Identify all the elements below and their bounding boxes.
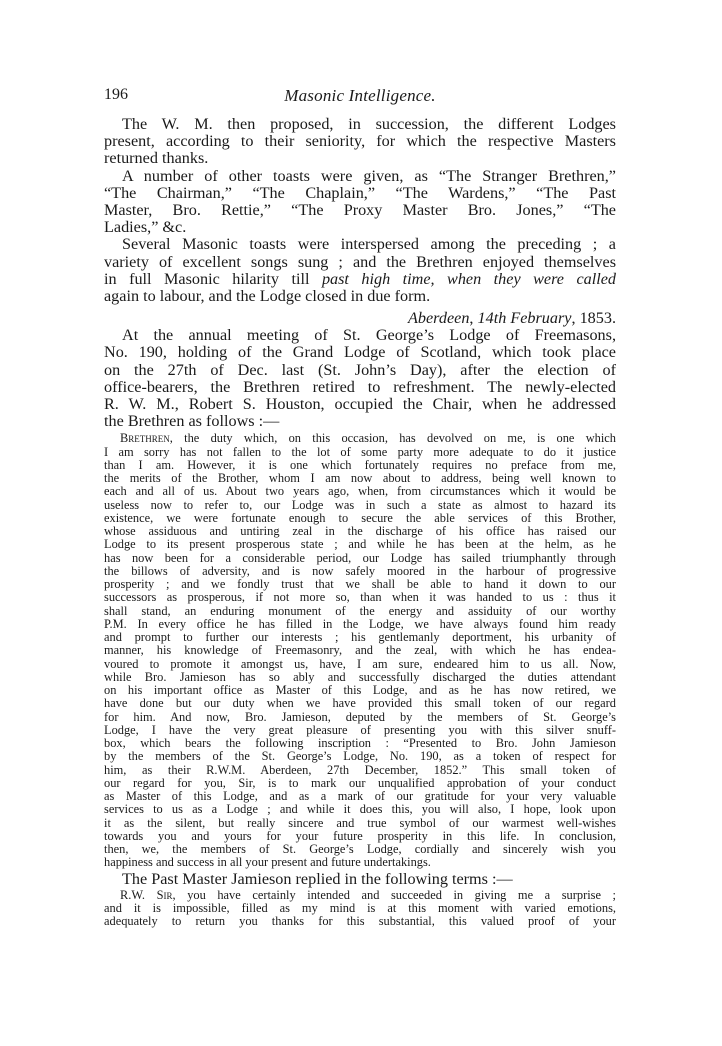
line-text: prosperity ; and we fondly trust that we… xyxy=(104,577,616,591)
speech-line: by the members of the St. George’s Lodge… xyxy=(104,750,616,763)
dateline-separator: , xyxy=(571,309,579,327)
line-text: At the annual meeting of St. George’s Lo… xyxy=(122,326,616,344)
line-text: No. 190, holding of the Grand Lodge of S… xyxy=(104,343,616,361)
line-text: manner, his knowledge of Freemasonry, an… xyxy=(104,643,616,657)
dateline: Aberdeen, 14th February, 1853. xyxy=(104,310,616,327)
line-text: Lodge to its present prosperous state ; … xyxy=(104,537,616,551)
dateline-separator: , xyxy=(469,309,477,327)
line-text: services to us as a Lodge ; and while it… xyxy=(104,802,616,816)
line-text: variety of excellent songs sung ; and th… xyxy=(104,253,616,271)
speech-line: useless now to refer to, our Lodge was i… xyxy=(104,499,616,512)
paragraph-line: office-bearers, the Brethren retired to … xyxy=(104,379,616,396)
line-text: The W. M. then proposed, in succession, … xyxy=(122,115,616,133)
line-text: Lodge, I have the very great pleasure of… xyxy=(104,723,616,737)
reply-line: and it is impossible, filled as my mind … xyxy=(104,902,616,915)
reply-intro: The Past Master Jamieson replied in the … xyxy=(122,871,616,888)
document-page: 196 Masonic Intelligence. The W. M. then… xyxy=(0,0,722,1046)
line-text: while Bro. Jamieson has so ably and succ… xyxy=(104,670,616,684)
speech-line: voured to promote it amongst us, have, I… xyxy=(104,658,616,671)
paragraph-line: Several Masonic toasts were interspersed… xyxy=(122,236,616,253)
page-header: 196 Masonic Intelligence. xyxy=(104,86,616,108)
speech-line: I am sorry has not fallen to the lot of … xyxy=(104,446,616,459)
line-text: and it is impossible, filled as my mind … xyxy=(104,901,616,915)
line-text: on the 27th of Dec. last (St. John’s Day… xyxy=(104,361,616,379)
line-text: again to labour, and the Lodge closed in… xyxy=(104,287,430,305)
speech-line: each and all of us. About two years ago,… xyxy=(104,485,616,498)
small-caps-salutation: Sir xyxy=(157,888,173,902)
speech-line: services to us as a Lodge ; and while it… xyxy=(104,803,616,816)
line-text: voured to promote it amongst us, have, I… xyxy=(104,657,616,671)
speech-line: as Master of this Lodge, and as a mark o… xyxy=(104,790,616,803)
speech-line: Lodge, I have the very great pleasure of… xyxy=(104,724,616,737)
line-text: then, we, the members of St. George’s Lo… xyxy=(104,842,616,856)
paragraph-line: variety of excellent songs sung ; and th… xyxy=(104,254,616,271)
speech-line: successors as prosperous, if not more so… xyxy=(104,591,616,604)
dateline-day: 14th xyxy=(478,309,507,327)
line-text: have done but our duty when we have prov… xyxy=(104,696,616,710)
paragraph-line: “The Chairman,” “The Chaplain,” “The War… xyxy=(104,185,616,202)
line-text: Ladies,” &c. xyxy=(104,218,186,236)
speech-line: our regard for you, Sir, is to mark our … xyxy=(104,777,616,790)
line-text: as Master of this Lodge, and as a mark o… xyxy=(104,789,616,803)
line-text: shall stand, an enduring monument of the… xyxy=(104,604,616,618)
line-text: happiness and success in all your presen… xyxy=(104,855,431,869)
speech-line: P.M. In every office he has filled in th… xyxy=(104,618,616,631)
speech-line: existence, we were fortunate enough to s… xyxy=(104,512,616,525)
paragraph-line: returned thanks. xyxy=(104,150,616,167)
speech-line: have done but our duty when we have prov… xyxy=(104,697,616,710)
line-text: “The Chairman,” “The Chaplain,” “The War… xyxy=(104,184,616,202)
paragraph-line: At the annual meeting of St. George’s Lo… xyxy=(122,327,616,344)
line-text: , you have certainly intended and succee… xyxy=(173,888,616,902)
speech-line: the merits of the Brother, whom I am now… xyxy=(104,472,616,485)
line-text: present, according to their seniority, f… xyxy=(104,132,616,150)
line-text: than I am. However, it is one which fort… xyxy=(104,458,616,472)
running-title: Masonic Intelligence. xyxy=(104,86,616,106)
line-text: P.M. In every office he has filled in th… xyxy=(104,617,616,631)
line-text: by the members of the St. George’s Lodge… xyxy=(104,749,616,763)
speech-line: on his important office as Master of thi… xyxy=(104,684,616,697)
small-caps-salutation: Brethren xyxy=(120,431,170,445)
speech-line: manner, his knowledge of Freemasonry, an… xyxy=(104,644,616,657)
speech-lead-text: R.W. xyxy=(120,888,157,902)
line-text: useless now to refer to, our Lodge was i… xyxy=(104,498,616,512)
dateline-place: Aberdeen xyxy=(408,309,469,327)
paragraph-line: A number of other toasts were given, as … xyxy=(122,168,616,185)
italic-phrase: past high time, when they were called xyxy=(322,270,616,288)
line-text: the merits of the Brother, whom I am now… xyxy=(104,471,616,485)
line-text: , the duty which, on this occasion, has … xyxy=(170,431,616,445)
line-text: whose assiduous and untiring zeal in the… xyxy=(104,524,616,538)
speech-line: whose assiduous and untiring zeal in the… xyxy=(104,525,616,538)
paragraph-line: R. W. M., Robert S. Houston, occupied th… xyxy=(104,396,616,413)
paragraph-line: Ladies,” &c. xyxy=(104,219,616,236)
paragraph-line: The W. M. then proposed, in succession, … xyxy=(122,116,616,133)
paragraph-line: the Brethren as follows :— xyxy=(104,413,616,430)
speech-line: than I am. However, it is one which fort… xyxy=(104,459,616,472)
dateline-month: February xyxy=(510,309,571,327)
line-text: office-bearers, the Brethren retired to … xyxy=(104,378,616,396)
paragraph-line: on the 27th of Dec. last (St. John’s Day… xyxy=(104,362,616,379)
line-text: and prompt to further our interests ; hi… xyxy=(104,630,616,644)
paragraph-line: No. 190, holding of the Grand Lodge of S… xyxy=(104,344,616,361)
line-text: successors as prosperous, if not more so… xyxy=(104,590,616,604)
line-text: adequately to return you thanks for this… xyxy=(104,914,616,928)
paragraph-line: again to labour, and the Lodge closed in… xyxy=(104,288,616,305)
line-text: him, as their R.W.M. Aberdeen, 27th Dece… xyxy=(104,763,616,777)
speech-line: it as the silent, but really sincere and… xyxy=(104,817,616,830)
line-text: it as the silent, but really sincere and… xyxy=(104,816,616,830)
speech-line: Brethren, the duty which, on this occasi… xyxy=(120,432,616,445)
speech-line: and prompt to further our interests ; hi… xyxy=(104,631,616,644)
line-text: on his important office as Master of thi… xyxy=(104,683,616,697)
line-text: has now been for a considerable period, … xyxy=(104,551,616,565)
line-text: existence, we were fortunate enough to s… xyxy=(104,511,616,525)
line-text: each and all of us. About two years ago,… xyxy=(104,484,616,498)
line-text: our regard for you, Sir, is to mark our … xyxy=(104,776,616,790)
line-text: in full Masonic hilarity till past high … xyxy=(104,270,616,288)
speech-line: has now been for a considerable period, … xyxy=(104,552,616,565)
paragraph-line: in full Masonic hilarity till past high … xyxy=(104,271,616,288)
line-text: R. W. M., Robert S. Houston, occupied th… xyxy=(104,395,616,413)
line-text: I am sorry has not fallen to the lot of … xyxy=(104,445,616,459)
line-text: Master, Bro. Rettie,” “The Proxy Master … xyxy=(104,201,616,219)
reply-line: adequately to return you thanks for this… xyxy=(104,915,616,928)
line-text: the Brethren as follows :— xyxy=(104,412,279,430)
line-text: for him. And now, Bro. Jamieson, deputed… xyxy=(104,710,616,724)
speech-line: happiness and success in all your presen… xyxy=(104,856,616,869)
speech-line: him, as their R.W.M. Aberdeen, 27th Dece… xyxy=(104,764,616,777)
dateline-year: 1853. xyxy=(580,309,616,327)
speech-line: the billows of adversity, and is now saf… xyxy=(104,565,616,578)
speech-line: towards you and yours for your future pr… xyxy=(104,830,616,843)
speech-line: for him. And now, Bro. Jamieson, deputed… xyxy=(104,711,616,724)
line-text: the billows of adversity, and is now saf… xyxy=(104,564,616,578)
speech-line: shall stand, an enduring monument of the… xyxy=(104,605,616,618)
speech-line: Lodge to its present prosperous state ; … xyxy=(104,538,616,551)
speech-line: then, we, the members of St. George’s Lo… xyxy=(104,843,616,856)
speech-line: box, which bears the following inscripti… xyxy=(104,737,616,750)
speech-line: prosperity ; and we fondly trust that we… xyxy=(104,578,616,591)
line-text: Several Masonic toasts were interspersed… xyxy=(122,235,616,253)
line-text: towards you and yours for your future pr… xyxy=(104,829,616,843)
reply-line: R.W. Sir, you have certainly intended an… xyxy=(120,889,616,902)
speech-line: while Bro. Jamieson has so ably and succ… xyxy=(104,671,616,684)
line-text: A number of other toasts were given, as … xyxy=(122,167,616,185)
line-text: box, which bears the following inscripti… xyxy=(104,736,616,750)
paragraph-line: present, according to their seniority, f… xyxy=(104,133,616,150)
line-text: returned thanks. xyxy=(104,149,208,167)
paragraph-line: Master, Bro. Rettie,” “The Proxy Master … xyxy=(104,202,616,219)
